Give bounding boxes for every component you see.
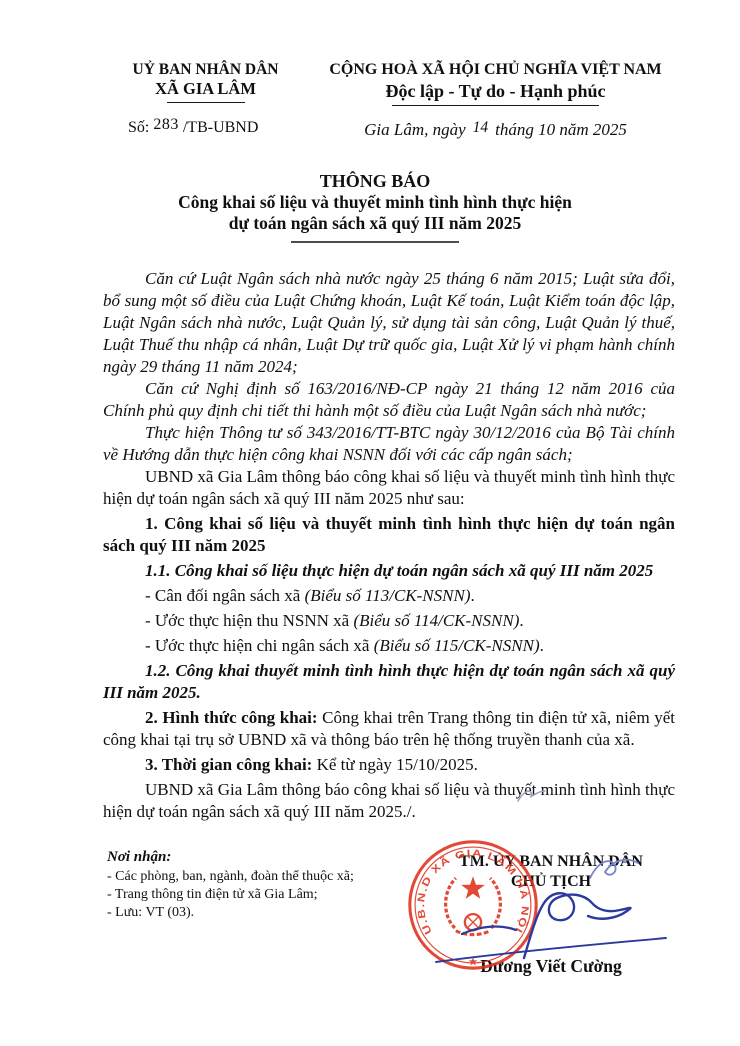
recipients-label: Nơi nhận: bbox=[107, 848, 354, 866]
doc-number-prefix: Số: bbox=[128, 119, 149, 136]
paragraph-legal-basis-1: Căn cứ Luật Ngân sách nhà nước ngày 25 t… bbox=[103, 268, 675, 378]
section-3-text: Kể từ ngày 15/10/2025. bbox=[312, 755, 478, 774]
recipient-item: - Các phòng, ban, ngành, đoàn thể thuộc … bbox=[107, 868, 354, 886]
doc-number-suffix: /TB-UBND bbox=[183, 119, 259, 136]
recipients-block: Nơi nhận: - Các phòng, ban, ngành, đoàn … bbox=[107, 848, 354, 922]
stamp-star-emblem bbox=[461, 876, 485, 898]
section-1-2-heading: 1.2. Công khai thuyết minh tình hình thự… bbox=[103, 660, 675, 704]
list-item-114: - Ước thực hiện thu NSNN xã (Biểu số 114… bbox=[103, 610, 675, 632]
list-item-115-text: - Ước thực hiện chi ngân sách xã bbox=[145, 636, 374, 655]
section-3-label: 3. Thời gian công khai: bbox=[145, 755, 312, 774]
org-underline bbox=[167, 102, 245, 103]
issue-date-day: 14 bbox=[473, 119, 489, 136]
official-stamp: U.B.N.D XÃ GIA LÂM HÀ NỘI ★ bbox=[406, 838, 540, 972]
stamp-wreath-right bbox=[490, 878, 500, 928]
doc-body: Căn cứ Luật Ngân sách nhà nước ngày 25 t… bbox=[103, 268, 675, 823]
section-2: 2. Hình thức công khai: Công khai trên T… bbox=[103, 707, 675, 751]
list-item-114-text: - Ước thực hiện thu NSNN xã bbox=[145, 611, 353, 630]
doc-number-value: 283 bbox=[153, 116, 179, 133]
paragraph-intro: UBND xã Gia Lâm thông báo công khai số l… bbox=[103, 466, 675, 510]
paragraph-legal-basis-2: Căn cứ Nghị định số 163/2016/NĐ-CP ngày … bbox=[103, 378, 675, 422]
header-national: CỘNG HOÀ XÃ HỘI CHỦ NGHĨA VIỆT NAM Độc l… bbox=[328, 60, 663, 140]
stamp-cog-detail bbox=[467, 916, 478, 927]
issue-date: Gia Lâm, ngày14tháng 10 năm 2025 bbox=[328, 120, 663, 140]
header-issuing-org: UỶ BAN NHÂN DÂN XÃ GIA LÂM Số: 283 /TB-U… bbox=[103, 60, 308, 137]
paragraph-closing: UBND xã Gia Lâm thông báo công khai số l… bbox=[103, 779, 675, 823]
stamp-outer-ring bbox=[410, 842, 536, 968]
org-parent-name: UỶ BAN NHÂN DÂN bbox=[103, 60, 308, 79]
recipient-item: - Trang thông tin điện tử xã Gia Lâm; bbox=[107, 886, 354, 904]
list-item-115: - Ước thực hiện chi ngân sách xã (Biểu s… bbox=[103, 635, 675, 657]
title-underline bbox=[291, 241, 459, 243]
stamp-bottom-star: ★ bbox=[468, 956, 478, 968]
recipient-item: - Lưu: VT (03). bbox=[107, 904, 354, 922]
issue-date-suffix: tháng 10 năm 2025 bbox=[495, 120, 627, 139]
motto-underline bbox=[392, 105, 599, 106]
section-1-1-heading: 1.1. Công khai số liệu thực hiện dự toán… bbox=[103, 560, 675, 582]
list-item-115-ref: (Biểu số 115/CK-NSNN) bbox=[374, 636, 540, 655]
section-1-heading: 1. Công khai số liệu và thuyết minh tình… bbox=[103, 513, 675, 557]
list-item-113-ref: (Biểu số 113/CK-NSNN) bbox=[305, 586, 471, 605]
doc-title-block: THÔNG BÁO Công khai số liệu và thuyết mi… bbox=[75, 170, 675, 243]
doc-subtitle-line1: Công khai số liệu và thuyết minh tình hì… bbox=[75, 192, 675, 213]
stamp-wreath-left bbox=[446, 878, 456, 928]
national-title: CỘNG HOÀ XÃ HỘI CHỦ NGHĨA VIỆT NAM bbox=[328, 60, 663, 80]
document-page: UỶ BAN NHÂN DÂN XÃ GIA LÂM Số: 283 /TB-U… bbox=[0, 0, 740, 1046]
org-name: XÃ GIA LÂM bbox=[103, 79, 308, 98]
doc-number: Số: 283 /TB-UBND bbox=[103, 118, 308, 137]
doc-subtitle-line2: dự toán ngân sách xã quý III năm 2025 bbox=[75, 213, 675, 234]
list-item-114-end: . bbox=[519, 611, 523, 630]
section-3: 3. Thời gian công khai: Kể từ ngày 15/10… bbox=[103, 754, 675, 776]
issue-date-prefix: Gia Lâm, ngày bbox=[364, 120, 466, 139]
paragraph-legal-basis-3: Thực hiện Thông tư số 343/2016/TT-BTC ng… bbox=[103, 422, 675, 466]
list-item-113: - Cân đối ngân sách xã (Biểu số 113/CK-N… bbox=[103, 585, 675, 607]
national-motto: Độc lập - Tự do - Hạnh phúc bbox=[328, 80, 663, 102]
stamp-inner-ring bbox=[415, 847, 531, 963]
list-item-113-text: - Cân đối ngân sách xã bbox=[145, 586, 305, 605]
list-item-113-end: . bbox=[471, 586, 475, 605]
list-item-114-ref: (Biểu số 114/CK-NSNN) bbox=[353, 611, 519, 630]
doc-type-title: THÔNG BÁO bbox=[75, 170, 675, 192]
section-2-label: 2. Hình thức công khai: bbox=[145, 708, 318, 727]
list-item-115-end: . bbox=[540, 636, 544, 655]
